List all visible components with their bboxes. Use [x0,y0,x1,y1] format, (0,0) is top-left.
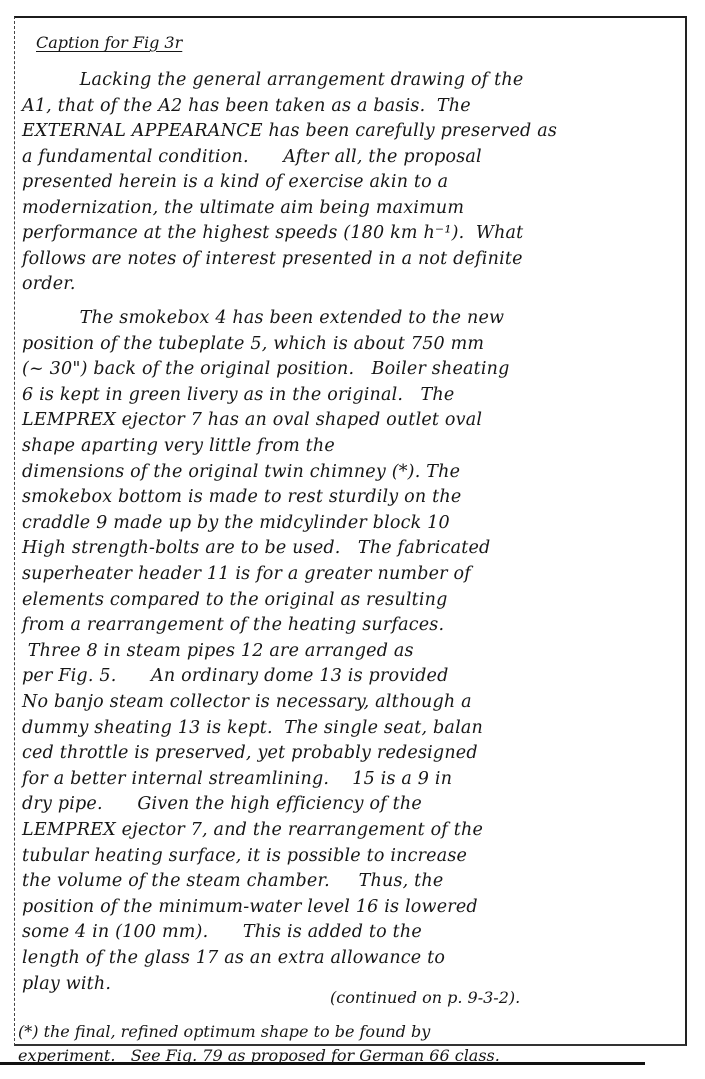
text-line: per Fig. 5. An ordinary dome 13 is provi… [22,664,449,688]
text-line: EXTERNAL APPEARANCE has been carefully p… [22,119,557,143]
continued-note: (continued on p. 9-3-2). [330,988,520,1007]
caption-title: Caption for Fig 3r [36,33,182,52]
text-line: No banjo steam collector is necessary, a… [22,690,472,714]
text-line: dummy sheating 13 is kept. The single se… [22,716,483,740]
text-line: play with. [22,972,111,996]
text-line: superheater header 11 is for a greater n… [22,562,471,586]
text-line: A1, that of the A2 has been taken as a b… [22,94,471,118]
text-line: modernization, the ultimate aim being ma… [22,196,464,220]
text-line: elements compared to the original as res… [22,588,448,612]
text-line: dry pipe. Given the high efficiency of t… [22,792,422,816]
text-line: the volume of the steam chamber. Thus, t… [22,869,443,893]
text-line: shape aparting very little from the [22,434,335,458]
text-line: a fundamental condition. After all, the … [22,145,482,169]
text-line: for a better internal streamlining. 15 i… [22,767,452,791]
text-line: Three 8 in steam pipes 12 are arranged a… [22,639,414,663]
text-line: order. [22,272,76,296]
text-line: craddle 9 made up by the midcylinder blo… [22,511,450,535]
text-line: follows are notes of interest presented … [22,247,523,271]
text-line: LEMPREX ejector 7 has an oval shaped out… [22,408,482,432]
text-line: position of the minimum-water level 16 i… [22,895,478,919]
text-line: LEMPREX ejector 7, and the rearrangement… [22,818,483,842]
text-line: (~ 30") back of the original position. B… [22,357,510,381]
text-line: position of the tubeplate 5, which is ab… [22,332,484,356]
text-line: dimensions of the original twin chimney … [22,460,460,484]
text-line: Lacking the general arrangement drawing … [22,68,523,92]
text-line: some 4 in (100 mm). This is added to the [22,920,422,944]
text-line: High strength-bolts are to be used. The … [22,536,490,560]
text-line: 6 is kept in green livery as in the orig… [22,383,454,407]
text-line: from a rearrangement of the heating surf… [22,613,444,637]
text-line: performance at the highest speeds (180 k… [22,221,523,245]
text-line: ced throttle is preserved, yet probably … [22,741,478,765]
text-line: smokebox bottom is made to rest sturdily… [22,485,461,509]
text-line: tubular heating surface, it is possible … [22,844,467,868]
text-line: experiment. See Fig. 79 as proposed for … [18,1046,500,1065]
text-line: The smokebox 4 has been extended to the … [22,306,504,330]
text-line: length of the glass 17 as an extra allow… [22,946,445,970]
text-line: (*) the final, refined optimum shape to … [18,1022,430,1041]
text-line: presented herein is a kind of exercise a… [22,170,448,194]
